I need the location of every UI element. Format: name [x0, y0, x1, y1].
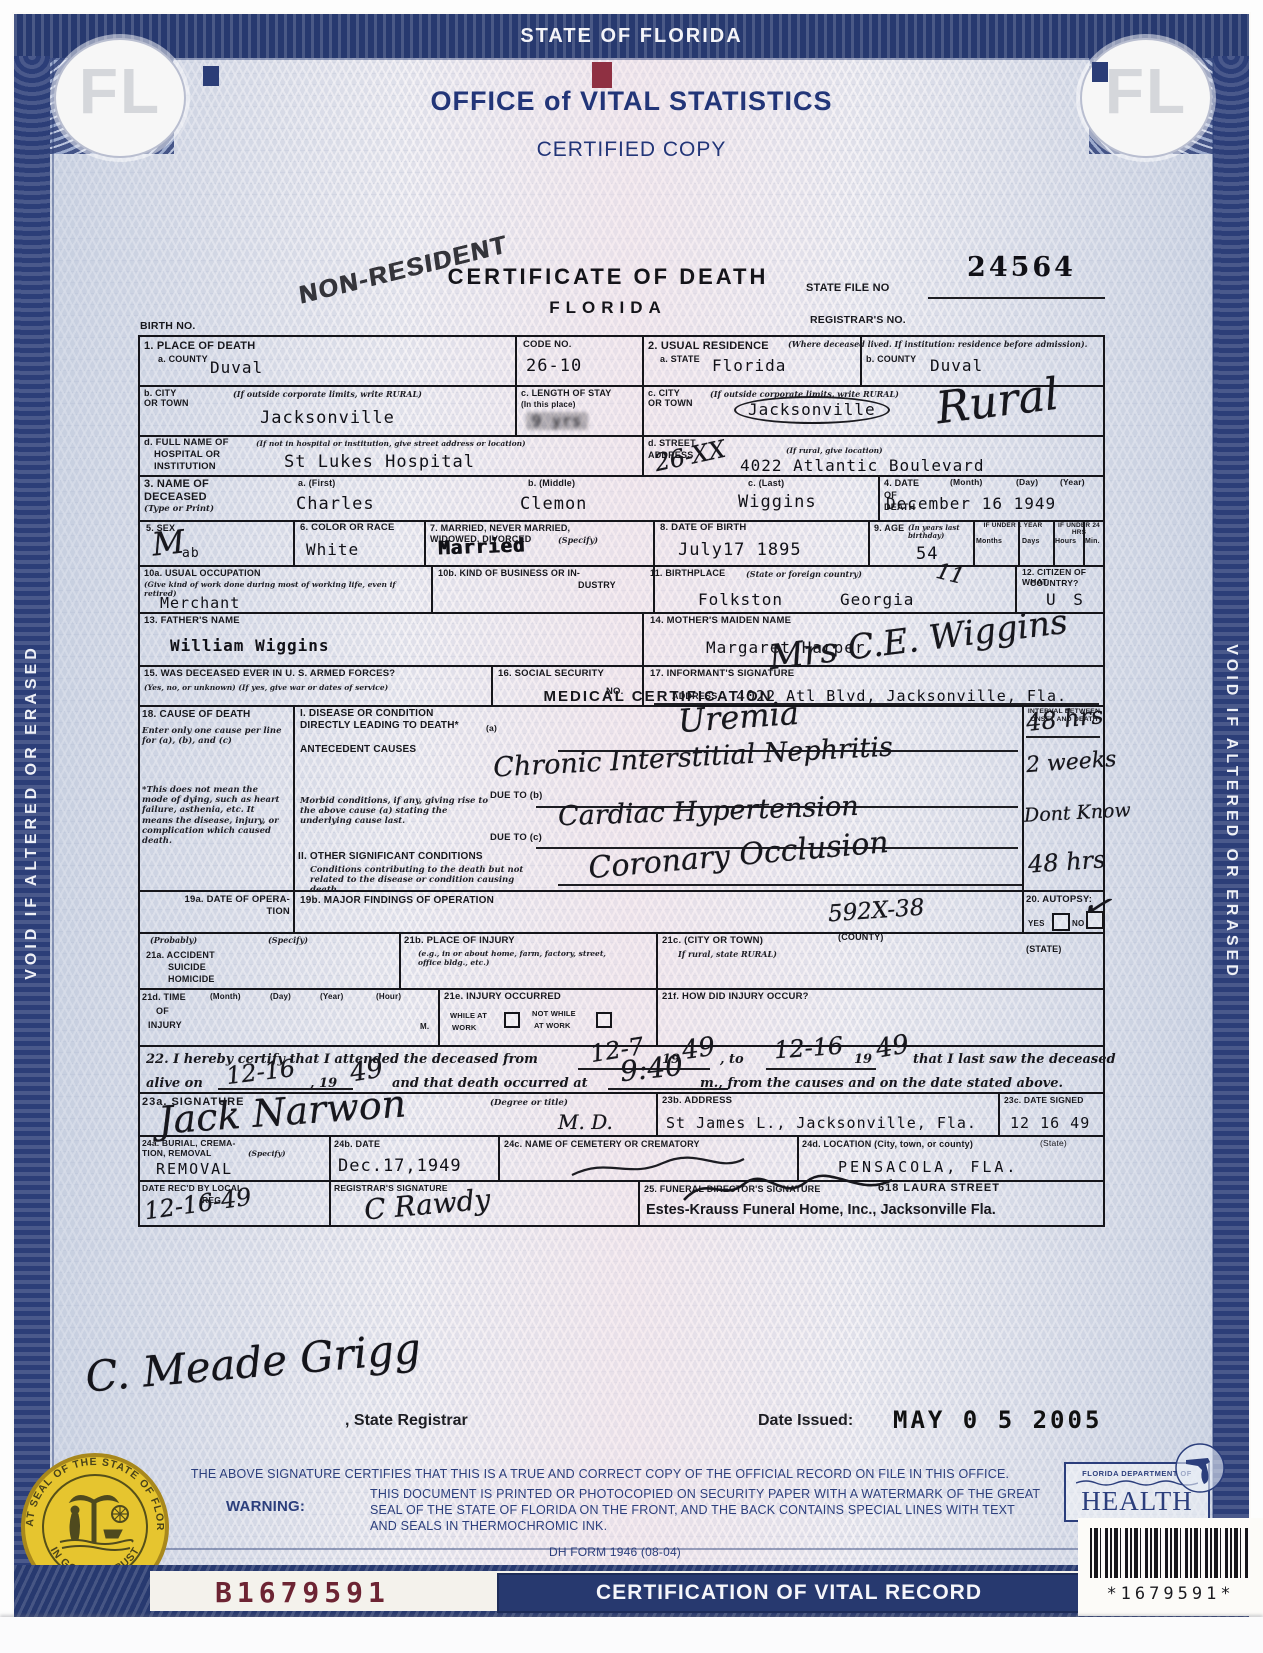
birthplace-city-value: Folkston: [698, 590, 783, 609]
dh-form-number: DH FORM 1946 (08-04): [300, 1545, 930, 1559]
place-of-injury-note: (e.g., in or about home, farm, factory, …: [418, 949, 608, 967]
death-certificate-form: NON-RESIDENT CERTIFICATE OF DEATH FLORID…: [138, 250, 1105, 1230]
code-no-label: CODE NO.: [523, 340, 572, 351]
length-of-stay-note: (In this place): [521, 400, 576, 409]
registrars-no-label: REGISTRAR'S NO.: [810, 314, 906, 326]
major-findings-handwriting: 592X-38: [827, 895, 925, 928]
certify-to-handwriting: 12-16: [773, 1032, 844, 1065]
antecedent-label: ANTECEDENT CAUSES: [300, 744, 416, 756]
residence-county-value: Duval: [930, 356, 983, 375]
last-name-value: Wiggins: [738, 492, 817, 512]
medical-certification-title: MEDICAL CERTIFICATION: [293, 688, 1023, 705]
health-logo-florida-circle: [1174, 1442, 1226, 1494]
dod-day-label: (Day): [1016, 478, 1038, 488]
navy-square-left: [203, 66, 219, 86]
death-certificate-page: STATE OF FLORIDA VOID IF ALTERED OR ERAS…: [0, 0, 1263, 1653]
probably-note: (Probably): [150, 936, 197, 946]
residence-city-circled: Jacksonville: [734, 396, 890, 424]
residence-county-label: b. COUNTY: [866, 354, 916, 364]
code-no-value: 26-10: [526, 356, 582, 376]
state-file-no-label: STATE FILE NO: [806, 282, 889, 295]
warning-line-3: AND SEALS IN THERMOCHROMIC INK.: [370, 1519, 607, 1533]
void-text-left: VOID IF ALTERED OR ERASED: [23, 644, 41, 980]
if-under-1-year-label: IF UNDER 1 YEAR: [974, 522, 1052, 529]
due-to-b-label: DUE TO (b): [490, 791, 543, 802]
hospital-label-2: HOSPITAL OR: [154, 450, 220, 461]
page-bottom-edge: [0, 1617, 1263, 1653]
injury-county-label: (COUNTY): [838, 932, 884, 942]
city-value: Jacksonville: [260, 408, 395, 428]
dod-month-label: (Month): [950, 478, 983, 488]
right-void-band: VOID IF ALTERED OR ERASED: [1213, 56, 1249, 1568]
business-label-1: 10b. KIND OF BUSINESS OR IN-: [438, 568, 638, 578]
certify-text-2: that I last saw the deceased: [913, 1052, 1116, 1067]
injury-year-label: (Year): [320, 992, 343, 1001]
accident-label: 21a. ACCIDENT: [146, 950, 215, 960]
residence-city-value: Jacksonville: [748, 400, 876, 419]
cause-of-death-label: 18. CAUSE OF DEATH: [142, 709, 292, 721]
business-label-2: DUSTRY: [578, 580, 616, 590]
birthplace-note: (State or foreign country): [746, 570, 862, 580]
age-label: 9. AGE: [874, 523, 904, 533]
father-value: William Wiggins: [170, 636, 330, 655]
certificate-subtitle: FLORIDA: [368, 298, 848, 318]
marital-note: (Specify): [558, 536, 598, 546]
certified-copy-label: CERTIFIED COPY: [0, 138, 1263, 162]
ssn-label: 16. SOCIAL SECURITY: [498, 669, 628, 680]
top-banner: STATE OF FLORIDA: [14, 14, 1249, 58]
occupation-value: Merchant: [160, 594, 240, 612]
other-conditions-handwriting: Coronary Occlusion: [587, 825, 890, 886]
certify-time-handwriting: 9:40: [618, 1049, 684, 1088]
autopsy-yes-label: YES: [1028, 919, 1045, 928]
place-of-death-label: 1. PLACE OF DEATH: [144, 340, 255, 353]
residence-rural-handwriting: Rural: [933, 369, 1061, 435]
birth-no-label: BIRTH NO.: [140, 320, 195, 332]
degree-handwriting: M. D.: [558, 1110, 613, 1134]
date-signed-label: 23c. DATE SIGNED: [1004, 1096, 1084, 1106]
major-findings-label: 19b. MAJOR FINDINGS OF OPERATION: [300, 895, 494, 907]
date-of-death-value: December 16 1949: [886, 494, 1056, 513]
injury-hour-label: (Hour): [376, 992, 401, 1001]
not-while-checkbox: [596, 1012, 612, 1028]
time-of-injury-label-1: 21d. TIME: [142, 992, 186, 1002]
location-state-note: (State): [1040, 1139, 1067, 1149]
suicide-label: SUICIDE: [168, 962, 206, 972]
certify-text-5: m., from the causes and on the date stat…: [700, 1076, 1063, 1091]
disease-a-label: (a): [486, 724, 497, 734]
name-of-deceased-label-1: 3. NAME OF: [144, 478, 209, 491]
if-under-24-hrs-label: IF UNDER 24 HRS: [1054, 522, 1104, 537]
interval-other-handwriting: 48 hrs: [1027, 845, 1106, 878]
certify-text-3: alive on: [146, 1076, 203, 1091]
cause-c-handwriting: Cardiac Hypertension: [558, 791, 860, 832]
certifies-line: THE ABOVE SIGNATURE CERTIFIES THAT THIS …: [160, 1467, 1040, 1481]
birthplace-label: 11. BIRTHPLACE: [650, 568, 725, 578]
barcode-text: *1679591*: [1078, 1584, 1263, 1604]
street-value: 4022 Atlantic Boulevard: [740, 456, 985, 475]
burial-date-value: Dec.17,1949: [338, 1156, 462, 1176]
injury-city-note: If rural, state RURAL): [678, 950, 777, 960]
cause-a-handwriting: Uremia: [677, 694, 800, 740]
specify-note: (Specify): [268, 936, 308, 946]
certify-year-2-handwriting: 49: [874, 1029, 912, 1064]
min-label: Min.: [1085, 538, 1100, 546]
hospital-label-1: d. FULL NAME OF: [144, 438, 229, 449]
funeral-director-signature-scribble: [678, 1172, 898, 1208]
dob-value: July17 1895: [678, 540, 802, 560]
cause-b-handwriting: Chronic Interstitial Nephritis: [492, 732, 893, 784]
marital-value: Married: [438, 534, 526, 559]
hospital-note: (If not in hospital or institution, give…: [256, 439, 636, 448]
length-of-stay-value: 9 yrs: [526, 412, 588, 430]
months-label: Months: [976, 538, 1002, 546]
mother-label: 14. MOTHER'S MAIDEN NAME: [650, 616, 791, 627]
age-note: (In years last birthday): [908, 524, 970, 541]
physician-address-label: 23b. ADDRESS: [662, 1096, 732, 1107]
hospital-value: St Lukes Hospital: [284, 452, 475, 472]
color-race-value: White: [306, 540, 359, 559]
color-race-label: 6. COLOR OR RACE: [300, 523, 395, 534]
usual-residence-note: (Where deceased lived. If institution: r…: [788, 340, 1098, 350]
time-of-injury-label-3: INJURY: [148, 1020, 182, 1030]
injury-day-label: (Day): [270, 992, 291, 1001]
county-label: a. COUNTY: [158, 354, 208, 364]
maroon-square: [592, 62, 612, 88]
certify-19-2: 19: [854, 1052, 872, 1067]
middle-name-label: b. (Middle): [528, 478, 575, 488]
void-text-right: VOID IF ALTERED OR ERASED: [1222, 644, 1240, 980]
date-of-death-label-1: 4. DATE: [884, 478, 919, 488]
barcode-panel: *1679591*: [1078, 1518, 1263, 1616]
state-of-florida-banner: STATE OF FLORIDA: [14, 25, 1249, 48]
burial-date-label: 24b. DATE: [334, 1139, 380, 1149]
cemetery-label: 24c. NAME OF CEMETERY OR CREMATORY: [504, 1139, 784, 1149]
place-of-injury-label: 21b. PLACE OF INJURY: [404, 936, 515, 947]
health-department-logo: FLORIDA DEPARTMENT OF HEALTH: [1064, 1462, 1210, 1522]
document-serial-number: B1679591: [215, 1576, 390, 1609]
injury-occurred-label: 21e. INJURY OCCURRED: [444, 992, 561, 1003]
days-label: Days: [1022, 538, 1040, 546]
residence-state-label: a. STATE: [660, 354, 700, 364]
not-while-label-2: AT WORK: [534, 1022, 571, 1031]
warning-line-2: SEAL OF THE STATE OF FLORIDA ON THE FRON…: [370, 1503, 1015, 1517]
certify-text-1: 22. I hereby certify that I attended the…: [146, 1052, 538, 1067]
disease-label-2: DIRECTLY LEADING TO DEATH*: [300, 720, 459, 732]
injury-month-label: (Month): [210, 992, 241, 1001]
date-of-operation-label-2: TION: [142, 907, 290, 918]
state-registrar-label: , State Registrar: [345, 1412, 468, 1430]
office-title: OFFICE of VITAL STATISTICS: [0, 86, 1263, 117]
city-note: (If outside corporate limits, write RURA…: [233, 390, 493, 400]
burial-note: (Specify): [248, 1149, 286, 1158]
certify-to: , to: [720, 1052, 744, 1067]
sex-typed: ab: [182, 546, 200, 561]
other-conditions-label: II. OTHER SIGNIFICANT CONDITIONS: [298, 851, 483, 863]
how-injury-label: 21f. HOW DID INJURY OCCUR?: [662, 992, 809, 1003]
homicide-label: HOMICIDE: [168, 974, 215, 984]
physician-address-value: St James L., Jacksonville, Fla.: [666, 1114, 977, 1132]
name-of-deceased-note: (Type or Print): [144, 504, 214, 514]
injury-state-label: (STATE): [1026, 944, 1062, 954]
degree-title-note: (Degree or title): [490, 1098, 568, 1108]
armed-forces-label: 15. WAS DECEASED EVER IN U. S. ARMED FOR…: [144, 669, 489, 680]
warning-line-1: THIS DOCUMENT IS PRINTED OR PHOTOCOPIED …: [370, 1487, 1040, 1501]
warning-label: WARNING:: [226, 1498, 305, 1515]
other-conditions-note: Conditions contributing to the death but…: [310, 865, 545, 896]
dob-label: 8. DATE OF BIRTH: [660, 523, 746, 534]
usual-residence-label: 2. USUAL RESIDENCE: [648, 340, 769, 353]
first-name-value: Charles: [296, 494, 375, 514]
burial-label-2: TION, REMOVAL: [142, 1149, 212, 1159]
father-label: 13. FATHER'S NAME: [144, 616, 240, 627]
antecedent-note: Morbid conditions, if any, giving rise t…: [300, 796, 490, 827]
middle-name-value: Clemon: [520, 494, 587, 514]
date-of-operation-label-1: 19a. DATE OF OPERA-: [142, 895, 290, 906]
age-value: 54: [916, 544, 938, 564]
residence-city-label: c. CITY OR TOWN: [648, 388, 696, 409]
cause-note-1: Enter only one cause per line for (a), (…: [142, 726, 282, 746]
city-or-town-label: b. CITY OR TOWN: [144, 388, 192, 409]
not-while-label-1: NOT WHILE: [532, 1010, 576, 1019]
burial-value: REMOVAL: [156, 1160, 233, 1178]
cause-note-2: *This does not mean the mode of dying, s…: [142, 785, 284, 846]
left-void-band: VOID IF ALTERED OR ERASED: [14, 56, 50, 1568]
time-of-injury-label-2: OF: [156, 1006, 169, 1016]
while-at-work-label-2: WORK: [452, 1024, 477, 1033]
state-file-no-value: 24564: [938, 252, 1105, 283]
autopsy-yes-checkbox: [1052, 913, 1070, 931]
birthplace-state-value: Georgia: [840, 590, 914, 609]
occupation-label: 10a. USUAL OCCUPATION: [144, 568, 261, 578]
injury-city-label: 21c. (CITY OR TOWN): [662, 936, 763, 947]
barcode: [1090, 1528, 1250, 1578]
street-note: (If rural, give location): [786, 446, 883, 455]
disease-label-1: I. DISEASE OR CONDITION: [300, 708, 434, 720]
while-at-work-label-1: WHILE AT: [450, 1012, 487, 1021]
certificate-title: CERTIFICATE OF DEATH: [368, 264, 848, 290]
first-name-label: a. (First): [298, 478, 336, 488]
navy-square-right: [1092, 62, 1108, 82]
marital-label-1: 7. MARRIED, NEVER MARRIED,: [430, 523, 645, 533]
location-label: 24d. LOCATION (City, town, or county): [802, 1139, 973, 1149]
hours-label: Hours: [1055, 538, 1076, 546]
injury-m-label: M.: [420, 1022, 429, 1031]
hospital-label-3: INSTITUTION: [154, 462, 216, 473]
citizen-label-2: COUNTRY?: [1030, 579, 1079, 589]
name-of-deceased-label-2: DECEASED: [144, 491, 207, 504]
date-issued-label: Date Issued:: [758, 1412, 853, 1430]
certify-year-1-handwriting: 49: [680, 1032, 717, 1066]
while-at-work-checkbox: [504, 1012, 520, 1028]
certify-text-4: and that death occurred at: [392, 1076, 588, 1091]
date-signed-value: 12 16 49: [1010, 1114, 1090, 1132]
dod-year-label: (Year): [1060, 478, 1085, 488]
due-to-c-label: DUE TO (c): [490, 833, 542, 844]
date-issued-value: MAY 0 5 2005: [893, 1406, 1102, 1434]
residence-state-value: Florida: [712, 356, 786, 375]
certification-of-vital-record-banner: CERTIFICATION OF VITAL RECORD: [497, 1573, 1081, 1613]
birthplace-handwriting: 11: [933, 559, 966, 590]
county-value: Duval: [210, 358, 263, 377]
length-of-stay-label: c. LENGTH OF STAY: [521, 388, 631, 398]
last-name-label: c. (Last): [748, 478, 784, 488]
